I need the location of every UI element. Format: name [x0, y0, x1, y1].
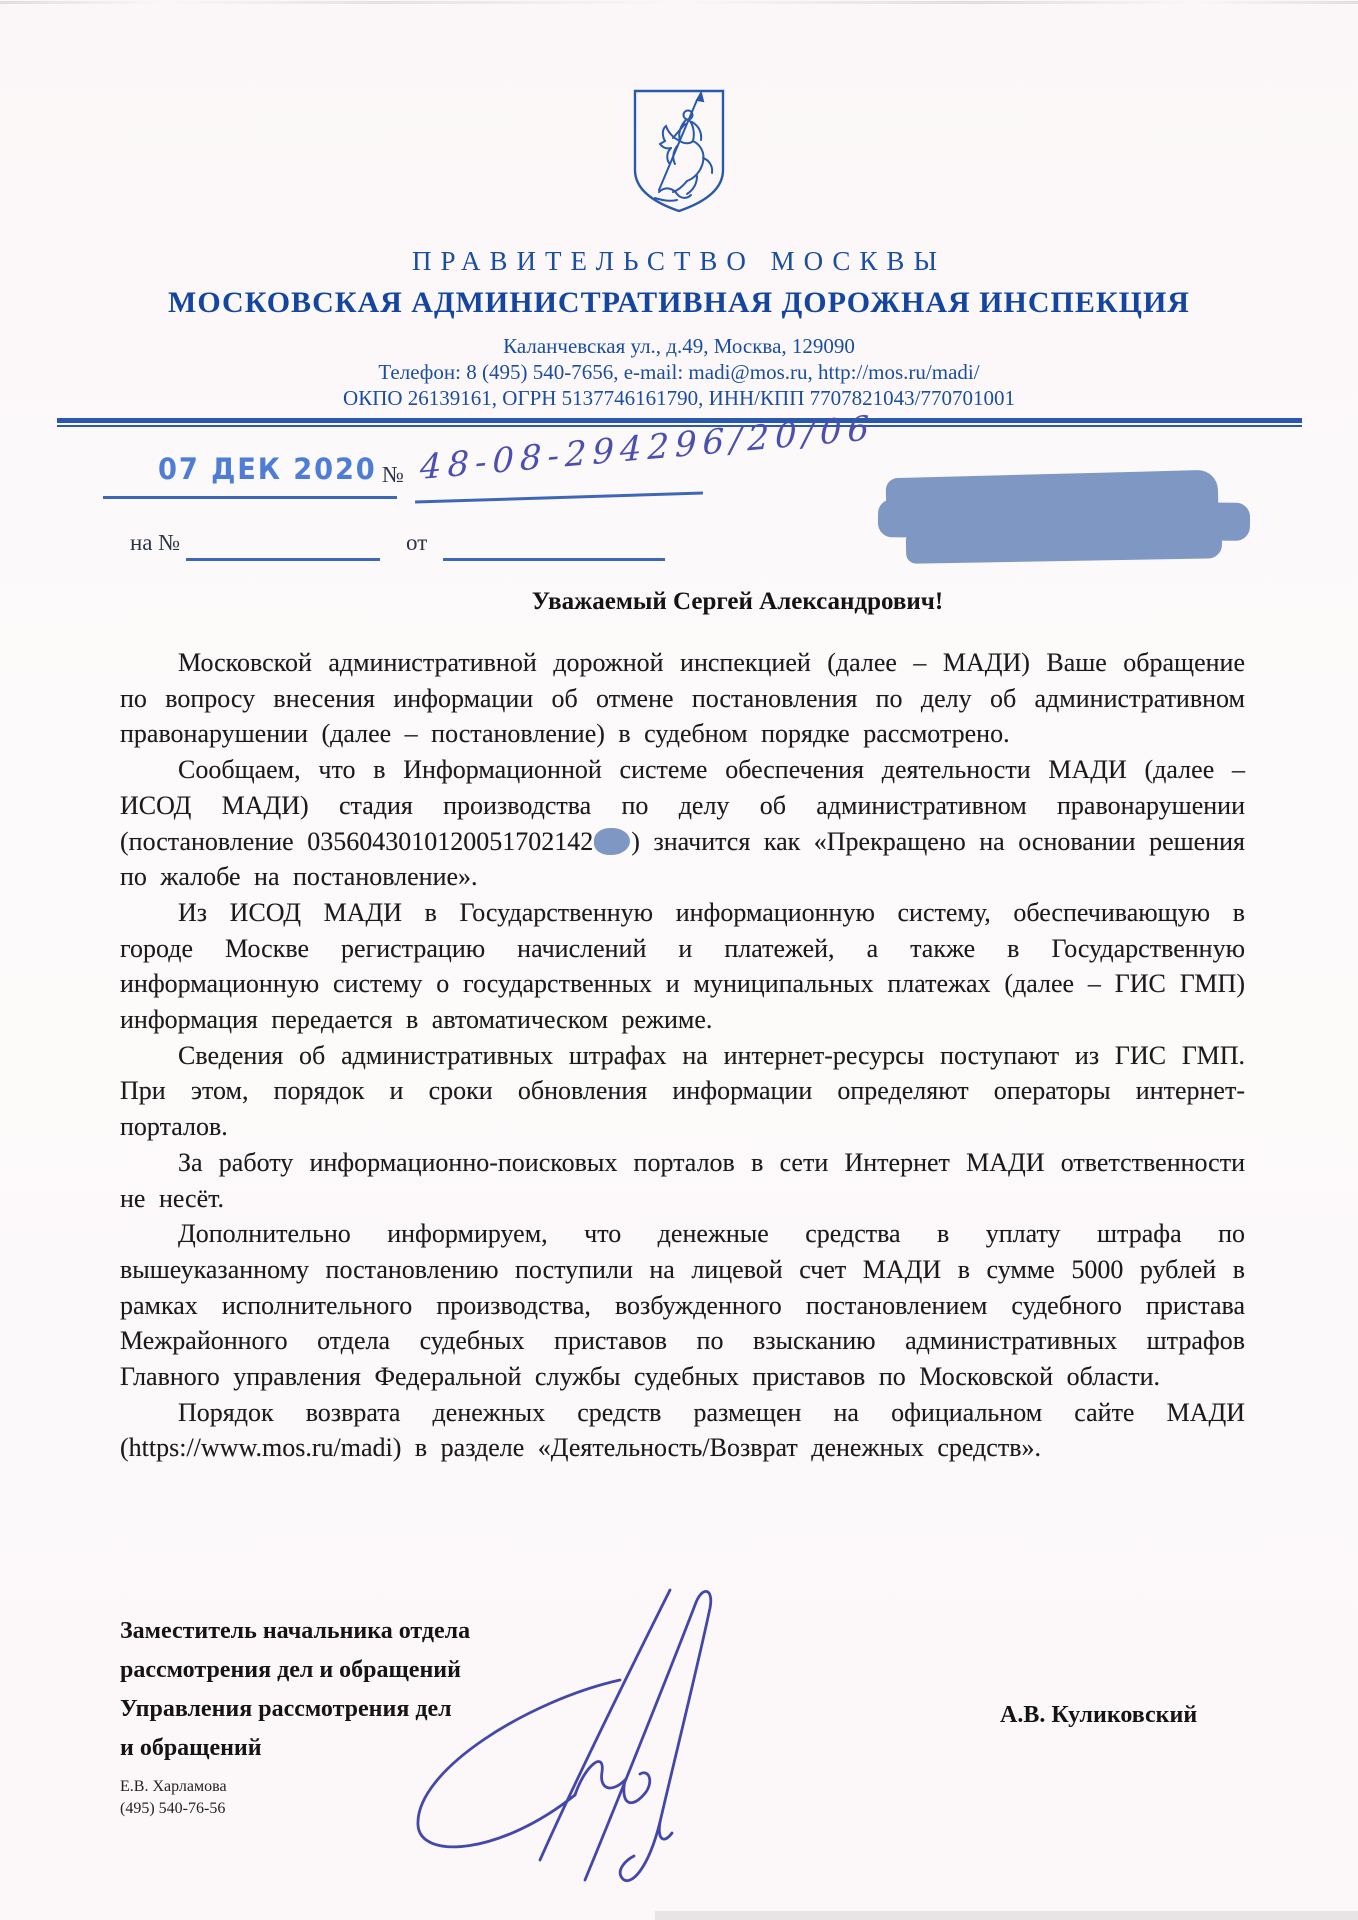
scan-artifact-top [0, 1, 1358, 4]
number-underline [415, 491, 703, 503]
paragraph-3: Из ИСОД МАДИ в Государственную информаци… [120, 895, 1245, 1038]
government-line: ПРАВИТЕЛЬСТВО МОСКВЫ [0, 246, 1358, 277]
reply-to-underline [186, 558, 380, 561]
date-underline [103, 496, 397, 499]
paragraph-6: Дополнительно информируем, что денежные … [120, 1216, 1245, 1395]
address-line: Каланчевская ул., д.49, Москва, 129090 [0, 334, 1358, 359]
from-label: от [406, 530, 427, 556]
codes-line: ОКПО 26139161, ОГРН 5137746161790, ИНН/К… [0, 386, 1358, 411]
paragraph-5: За работу информационно-поисковых портал… [120, 1145, 1245, 1216]
salutation: Уважаемый Сергей Александрович! [175, 588, 1300, 616]
letter-body: Московской административной дорожной инс… [120, 645, 1245, 1466]
signer-name: А.В. Куликовский [1000, 1702, 1197, 1729]
executor-info: Е.В. Харламова (495) 540-76-56 [120, 1776, 227, 1820]
organization-name: МОСКОВСКАЯ АДМИНИСТРАТИВНАЯ ДОРОЖНАЯ ИНС… [0, 286, 1358, 320]
scan-artifact-bottom [655, 1911, 1358, 1920]
moscow-coat-of-arms-icon [0, 88, 1358, 219]
executor-name: Е.В. Харламова [120, 1776, 227, 1798]
from-underline [443, 558, 665, 561]
redaction-mark-case-number [594, 828, 630, 855]
executor-phone: (495) 540-76-56 [120, 1798, 227, 1820]
reply-to-label: на № [130, 530, 180, 556]
paragraph-7: Порядок возврата денежных средств размещ… [120, 1395, 1245, 1466]
contact-line: Телефон: 8 (495) 540-7656, e-mail: madi@… [0, 360, 1358, 385]
date-stamp: 07 ДЕК 2020 [158, 452, 377, 486]
redaction-stroke [906, 525, 1223, 564]
number-sign-label: № [382, 462, 404, 488]
scanned-letter-page: ПРАВИТЕЛЬСТВО МОСКВЫ МОСКОВСКАЯ АДМИНИСТ… [0, 0, 1358, 1920]
paragraph-4: Сведения об административных штрафах на … [120, 1038, 1245, 1145]
paragraph-1: Московской административной дорожной инс… [120, 645, 1245, 752]
redaction-block-recipient [878, 474, 1250, 562]
handwritten-signature [380, 1560, 780, 1890]
paragraph-2: Сообщаем, что в Информационной системе о… [120, 752, 1245, 895]
